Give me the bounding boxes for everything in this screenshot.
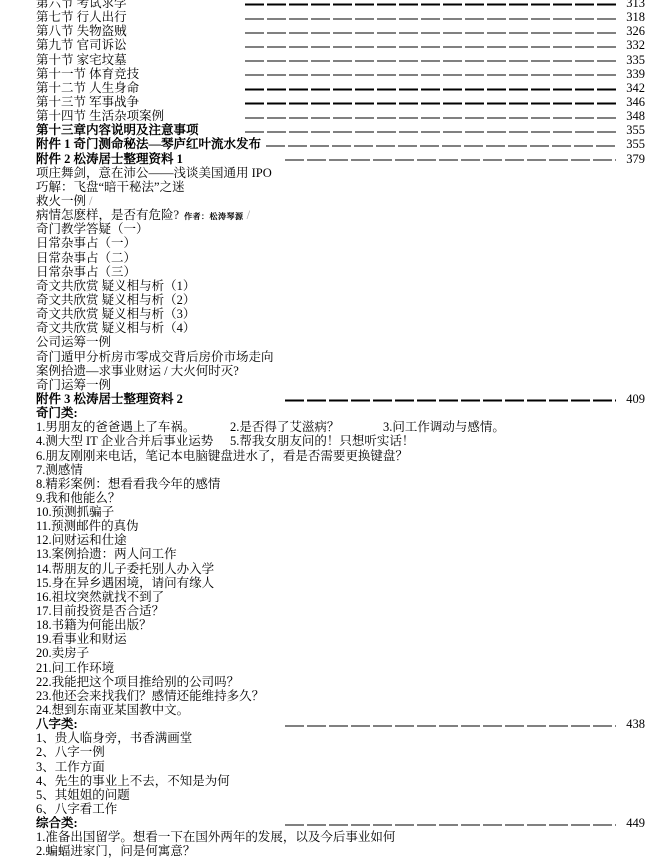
toc-entry-label: 奇门运筹一例 <box>36 378 111 392</box>
toc-entry-label: 24.想到东南亚某国教中文。 <box>36 703 189 717</box>
toc-leader-line <box>245 4 616 5</box>
toc-row: 第七节 行人出行318 <box>36 10 645 24</box>
document-page: 第六节 考试求学313第七节 行人出行318第八节 失物盗贼326第九节 官司诉… <box>0 0 660 864</box>
toc-entry-label: 项庄舞剑，意在沛公——浅谈美国通用 IPO <box>36 166 272 180</box>
toc-entry-label: 14.帮朋友的儿子委托别人办入学 <box>36 562 214 576</box>
toc-row: 第十二节 人生身命342 <box>36 81 645 95</box>
toc-rows: 第六节 考试求学313第七节 行人出行318第八节 失物盗贼326第九节 官司诉… <box>36 0 645 859</box>
toc-entry-label: 奇文共欣赏 疑义相与析（4） <box>36 321 195 335</box>
toc-row: 2.蝙蝠进家门，问是何寓意？ <box>36 844 645 858</box>
toc-leader-line <box>245 60 616 61</box>
toc-leader-line <box>266 145 616 146</box>
toc-leader-line <box>245 46 616 47</box>
toc-row: 第十四节 生活杂项案例348 <box>36 109 645 123</box>
toc-entry-label: 15.身在异乡遇困境，请问有缘人 <box>36 576 214 590</box>
toc-row: 1.男朋友的爸爸遇上了车祸。2.是否得了艾滋病？3.问工作调动与感情。 <box>36 420 645 434</box>
toc-entry-label: 第八节 失物盗贼 <box>36 24 240 38</box>
toc-row: 第八节 失物盗贼326 <box>36 24 645 38</box>
toc-entry-label: 3、工作方面 <box>36 760 105 774</box>
toc-entry-label: 6.朋友刚刚来电话，笔记本电脑键盘进水了，看是否需要更换键盘？ <box>36 449 408 463</box>
toc-row: 13.案例拾遗：两人问工作 <box>36 547 645 561</box>
toc-entry-label: 奇门类: <box>36 406 78 420</box>
toc-entry-label: 日常杂事占（三） <box>36 265 136 279</box>
toc-row: 日常杂事占（三） <box>36 265 645 279</box>
toc-row: 22.我能把这个项目推给别的公司吗？ <box>36 675 645 689</box>
toc-entry-author-note: 作者：松涛琴源 <box>184 210 244 222</box>
toc-entry-label: 18.书籍为何能出版？ <box>36 618 152 632</box>
toc-row: 第六节 考试求学313 <box>36 0 645 10</box>
toc-row: 八字类:438 <box>36 717 645 731</box>
toc-entry-label: 7.测感情 <box>36 463 83 477</box>
toc-leader-line <box>245 75 616 76</box>
toc-row: 10.预测抓骗子 <box>36 505 645 519</box>
toc-row: 救火一例/ <box>36 194 645 208</box>
toc-row: 6、八字看工作 <box>36 802 645 816</box>
toc-page-number: 339 <box>619 67 645 81</box>
toc-leader-line <box>285 824 616 825</box>
toc-entry-label: 救火一例 <box>36 194 86 208</box>
toc-row: 奇门运筹一例 <box>36 378 645 392</box>
toc-row: 12.问财运和仕途 <box>36 533 645 547</box>
toc-row: 23.他还会来找我们？感情还能维持多久？ <box>36 689 645 703</box>
toc-leader-line <box>245 103 616 104</box>
toc-row: 16.祖坟突然就找不到了 <box>36 590 645 604</box>
toc-entry-label: 第十四节 生活杂项案例 <box>36 109 240 123</box>
toc-entry-label: 1.准备出国留学。想看一下在国外两年的发展，以及今后事业如何 <box>36 830 395 844</box>
toc-row: 7.测感情 <box>36 463 645 477</box>
toc-leader-line <box>245 32 616 33</box>
toc-entry-label: 4.测大型 IT 企业合并后事业运势5.帮我女朋友问的！只想听实话！ <box>36 434 414 448</box>
toc-page-number: 355 <box>619 123 645 137</box>
toc-entry-segment: 1.男朋友的爸爸遇上了车祸。 <box>36 420 230 434</box>
toc-row: 项庄舞剑，意在沛公——浅谈美国通用 IPO <box>36 166 645 180</box>
toc-entry-segment: 5.帮我女朋友问的！只想听实话！ <box>230 434 414 448</box>
toc-entry-label: 附件 2 松涛居士整理资料 1 <box>36 152 280 166</box>
toc-row: 公司运筹一例 <box>36 335 645 349</box>
toc-page-number: 342 <box>619 81 645 95</box>
toc-entry-label: 11.预测邮件的真伪 <box>36 519 139 533</box>
toc-entry-label: 1.男朋友的爸爸遇上了车祸。2.是否得了艾滋病？3.问工作调动与感情。 <box>36 420 505 434</box>
toc-entry-label: 八字类: <box>36 717 280 731</box>
toc-entry-label: 第九节 官司诉讼 <box>36 38 240 52</box>
toc-row: 附件 1 奇门测命秘法—琴庐红叶流水发布355 <box>36 137 645 151</box>
toc-entry-label: 2、八字一例 <box>36 745 105 759</box>
toc-leader-line <box>285 400 616 401</box>
toc-row: 9.我和他能么？ <box>36 491 645 505</box>
toc-entry-label: 1、贵人临身旁，书香满画堂 <box>36 731 192 745</box>
toc-entry-label: 奇文共欣赏 疑义相与析（2） <box>36 293 195 307</box>
toc-page-number: 326 <box>619 24 645 38</box>
toc-entry-label: 附件 3 松涛居士整理资料 2 <box>36 392 280 406</box>
toc-row: 日常杂事占（二） <box>36 251 645 265</box>
toc-row: 巧解：飞盘“暗干秘法”之迷 <box>36 180 645 194</box>
toc-page-number: 449 <box>619 816 645 830</box>
toc-entry-label: 第十三节 军事战争 <box>36 95 240 109</box>
toc-leader-line <box>245 131 616 132</box>
toc-entry-label: 9.我和他能么？ <box>36 491 120 505</box>
toc-row: 奇文共欣赏 疑义相与析（3） <box>36 307 645 321</box>
toc-row: 1、贵人临身旁，书香满画堂 <box>36 731 645 745</box>
toc-entry-label: 奇门教学答疑（一） <box>36 222 149 236</box>
toc-entry-label: 奇文共欣赏 疑义相与析（1） <box>36 279 195 293</box>
toc-row: 病情怎麽样，是否有危险?作者：松涛琴源/ <box>36 208 645 222</box>
toc-row: 20.卖房子 <box>36 646 645 660</box>
toc-row: 11.预测邮件的真伪 <box>36 519 645 533</box>
toc-entry-label: 公司运筹一例 <box>36 335 111 349</box>
toc-entry-label: 8.精彩案例：想看看我今年的感情 <box>36 477 220 491</box>
toc-row: 奇文共欣赏 疑义相与析（1） <box>36 279 645 293</box>
toc-row: 15.身在异乡遇困境，请问有缘人 <box>36 576 645 590</box>
toc-entry-label: 第六节 考试求学 <box>36 0 240 10</box>
toc-entry-label: 病情怎麽样，是否有危险? <box>36 208 179 222</box>
toc-row: 附件 2 松涛居士整理资料 1379 <box>36 152 645 166</box>
toc-entry-label: 第十一节 体育竞技 <box>36 67 240 81</box>
toc-entry-label: 20.卖房子 <box>36 646 89 660</box>
toc-row: 第九节 官司诉讼332 <box>36 38 645 52</box>
toc-entry-label: 第十节 家宅坟墓 <box>36 53 240 67</box>
toc-entry-label: 22.我能把这个项目推给别的公司吗？ <box>36 675 239 689</box>
toc-entry-label: 奇文共欣赏 疑义相与析（3） <box>36 307 195 321</box>
toc-page-number: 438 <box>619 717 645 731</box>
toc-entry-label: 第七节 行人出行 <box>36 10 240 24</box>
toc-page-number: 318 <box>619 10 645 24</box>
toc-row: 第十三节 军事战争346 <box>36 95 645 109</box>
toc-row: 奇门遁甲分析房市零成交背后房价市场走向 <box>36 350 645 364</box>
toc-row: 2、八字一例 <box>36 745 645 759</box>
toc-entry-segment: 2.是否得了艾滋病？ <box>230 420 383 434</box>
toc-entry-label: 综合类: <box>36 816 280 830</box>
toc-entry-label: 日常杂事占（二） <box>36 251 136 265</box>
toc-page-number: 332 <box>619 38 645 52</box>
toc-row: 综合类:449 <box>36 816 645 830</box>
toc-entry-label: 案例拾遗—求事业财运 / 大火何时灭? <box>36 364 239 378</box>
toc-row: 21.问工作环境 <box>36 661 645 675</box>
toc-row: 案例拾遗—求事业财运 / 大火何时灭? <box>36 364 645 378</box>
toc-leader-line <box>245 89 616 90</box>
toc-entry-label: 2.蝙蝠进家门，问是何寓意？ <box>36 844 195 858</box>
toc-entry-label: 6、八字看工作 <box>36 802 117 816</box>
toc-entry-label: 4、先生的事业上不去，不知是为何 <box>36 774 230 788</box>
toc-row: 6.朋友刚刚来电话，笔记本电脑键盘进水了，看是否需要更换键盘？ <box>36 449 645 463</box>
toc-page-number: 346 <box>619 95 645 109</box>
toc-page-number: 313 <box>619 0 645 10</box>
toc-page-number: 355 <box>619 137 645 151</box>
toc-row: 奇文共欣赏 疑义相与析（2） <box>36 293 645 307</box>
toc-entry-label: 13.案例拾遗：两人问工作 <box>36 547 177 561</box>
toc-entry-label: 日常杂事占（一） <box>36 236 136 250</box>
toc-entry-label: 12.问财运和仕途 <box>36 533 127 547</box>
toc-row: 18.书籍为何能出版？ <box>36 618 645 632</box>
toc-row: 5、其姐姐的问题 <box>36 788 645 802</box>
toc-entry-label: 17.目前投资是否合适？ <box>36 604 164 618</box>
toc-row: 4.测大型 IT 企业合并后事业运势5.帮我女朋友问的！只想听实话！ <box>36 434 645 448</box>
toc-entry-label: 5、其姐姐的问题 <box>36 788 130 802</box>
toc-entry-label: 奇门遁甲分析房市零成交背后房价市场走向 <box>36 350 274 364</box>
toc-entry-slash-suffix: / <box>89 194 92 208</box>
toc-row: 1.准备出国留学。想看一下在国外两年的发展，以及今后事业如何 <box>36 830 645 844</box>
toc-row: 24.想到东南亚某国教中文。 <box>36 703 645 717</box>
toc-entry-segment: 3.问工作调动与感情。 <box>383 420 505 434</box>
toc-page-number: 409 <box>619 392 645 406</box>
toc-row: 4、先生的事业上不去，不知是为何 <box>36 774 645 788</box>
toc-entry-label: 附件 1 奇门测命秘法—琴庐红叶流水发布 <box>36 137 261 151</box>
toc-row: 奇门教学答疑（一） <box>36 222 645 236</box>
toc-row: 第十三章内容说明及注意事项355 <box>36 123 645 137</box>
toc-row: 奇文共欣赏 疑义相与析（4） <box>36 321 645 335</box>
toc-entry-slash-suffix: / <box>247 208 250 222</box>
toc-entry-label: 10.预测抓骗子 <box>36 505 114 519</box>
toc-row: 附件 3 松涛居士整理资料 2409 <box>36 392 645 406</box>
toc-entry-label: 16.祖坟突然就找不到了 <box>36 590 164 604</box>
toc-entry-label: 第十三章内容说明及注意事项 <box>36 123 240 137</box>
toc-leader-line <box>245 18 616 19</box>
toc-row: 3、工作方面 <box>36 760 645 774</box>
toc-page-number: 348 <box>619 109 645 123</box>
toc-row: 14.帮朋友的儿子委托别人办入学 <box>36 562 645 576</box>
toc-leader-line <box>285 159 616 160</box>
toc-row: 奇门类: <box>36 406 645 420</box>
toc-row: 第十节 家宅坟墓335 <box>36 53 645 67</box>
toc-entry-label: 第十二节 人生身命 <box>36 81 240 95</box>
toc-leader-line <box>245 117 616 118</box>
toc-entry-segment: 4.测大型 IT 企业合并后事业运势 <box>36 434 230 448</box>
toc-entry-label: 19.看事业和财运 <box>36 632 127 646</box>
toc-row: 第十一节 体育竞技339 <box>36 67 645 81</box>
toc-entry-label: 23.他还会来找我们？感情还能维持多久？ <box>36 689 264 703</box>
toc-leader-line <box>285 725 616 726</box>
toc-row: 17.目前投资是否合适？ <box>36 604 645 618</box>
toc-entry-label: 21.问工作环境 <box>36 661 114 675</box>
toc-row: 8.精彩案例：想看看我今年的感情 <box>36 477 645 491</box>
toc-entry-label: 巧解：飞盘“暗干秘法”之迷 <box>36 180 185 194</box>
toc-row: 日常杂事占（一） <box>36 236 645 250</box>
toc-page-number: 335 <box>619 53 645 67</box>
toc-row: 19.看事业和财运 <box>36 632 645 646</box>
toc-page-number: 379 <box>619 152 645 166</box>
